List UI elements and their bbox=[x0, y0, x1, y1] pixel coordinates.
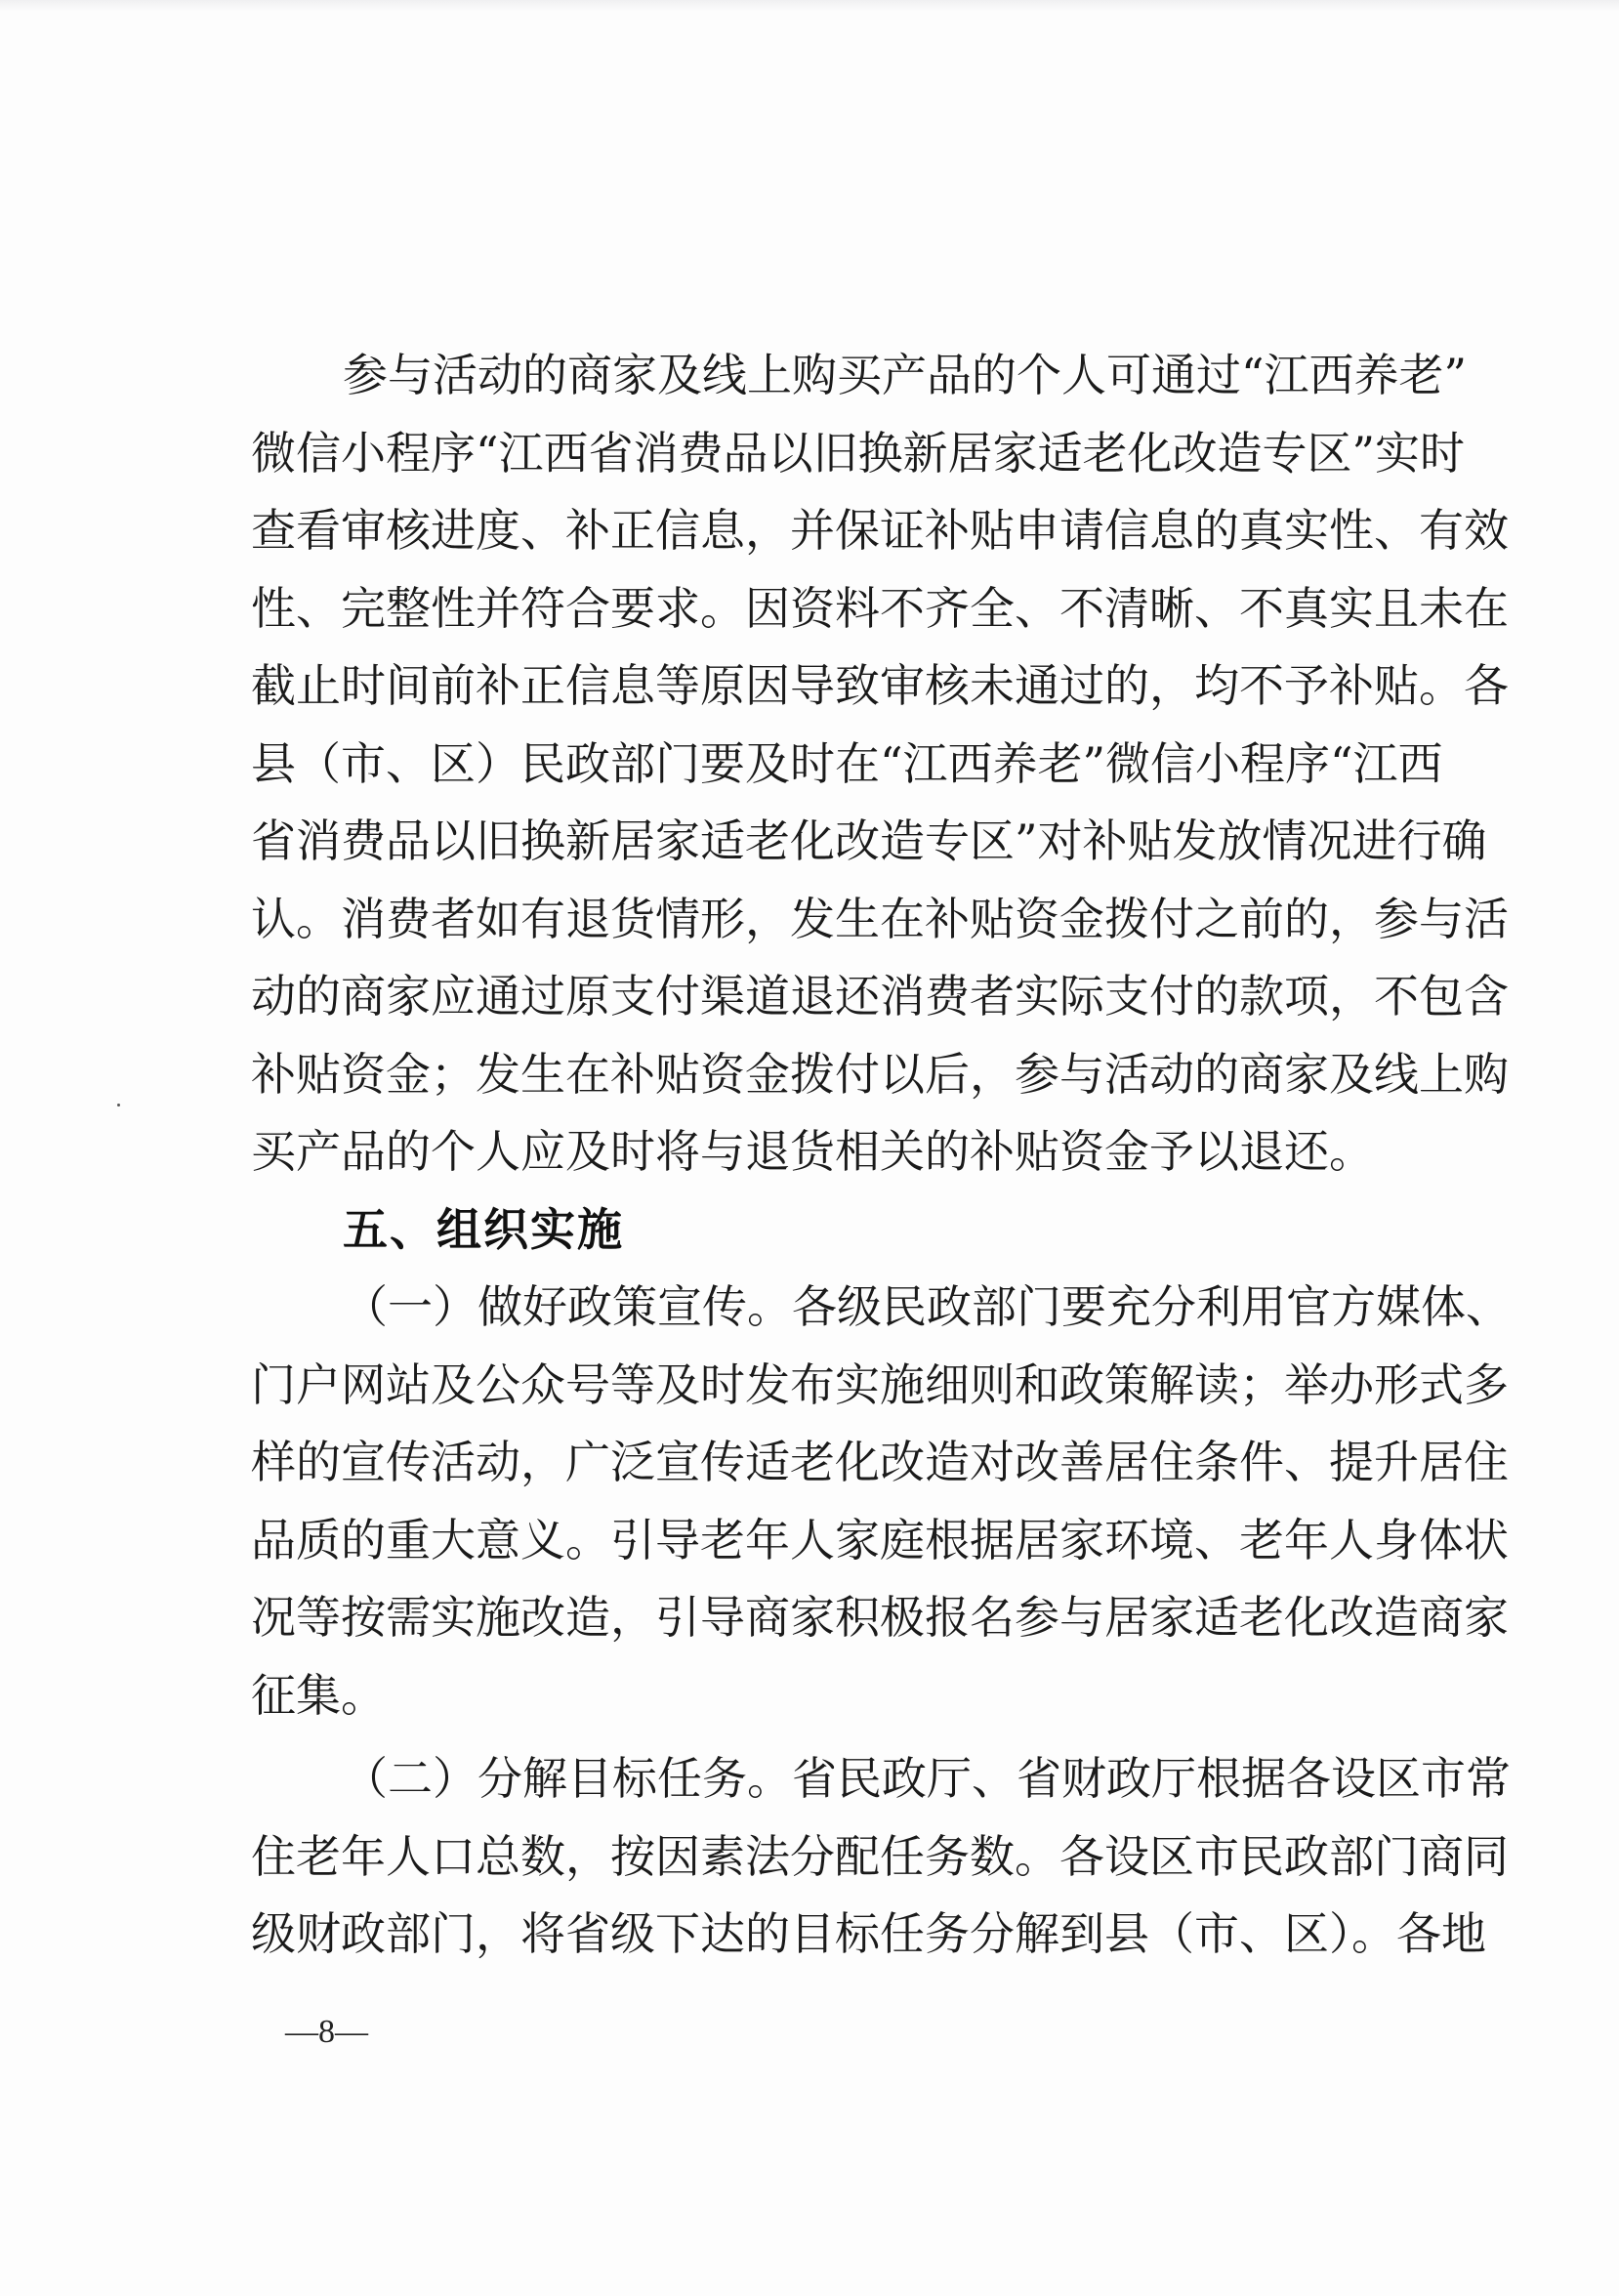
text-line: 样的宣传活动，广泛宣传适老化改造对改善居住条件、提升居住 bbox=[251, 1424, 1403, 1502]
paragraph-target-tasks: （二）分解目标任务。省民政厅、省财政厅根据各设区市常 住老年人口总数，按因素法分… bbox=[251, 1740, 1403, 1974]
text-line: 截止时间前补正信息等原因导致审核未通过的，均不予补贴。各 bbox=[251, 647, 1403, 726]
text-line: 住老年人口总数，按因素法分配任务数。各设区市民政部门商同 bbox=[251, 1818, 1403, 1897]
paragraph-policy-publicity: （一）做好政策宣传。各级民政部门要充分利用官方媒体、 门户网站及公众号等及时发布… bbox=[251, 1269, 1403, 1734]
text-line: 品质的重大意义。引导老年人家庭根据居家环境、老年人身体状 bbox=[251, 1502, 1403, 1580]
text-line: 征集。 bbox=[251, 1657, 1403, 1735]
document-body: 参与活动的商家及线上购买产品的个人可通过“江西养老” 微信小程序“江西省消费品以… bbox=[251, 337, 1403, 1974]
text-line: 补贴资金；发生在补贴资金拨付以后，参与活动的商家及线上购 bbox=[251, 1036, 1403, 1114]
text-line: 参与活动的商家及线上购买产品的个人可通过“江西养老” bbox=[251, 337, 1403, 415]
margin-speck bbox=[117, 1104, 120, 1106]
text-line: 况等按需实施改造，引导商家积极报名参与居家适老化改造商家 bbox=[251, 1579, 1403, 1657]
text-line: 县（市、区）民政部门要及时在“江西养老”微信小程序“江西 bbox=[251, 726, 1403, 804]
text-line: 省消费品以旧换新居家适老化改造专区”对补贴发放情况进行确 bbox=[251, 803, 1403, 881]
paragraph-refund-and-review: 参与活动的商家及线上购买产品的个人可通过“江西养老” 微信小程序“江西省消费品以… bbox=[251, 337, 1403, 1191]
text-line: 买产品的个人应及时将与退货相关的补贴资金予以退还。 bbox=[251, 1113, 1403, 1191]
page-number: —8— bbox=[285, 2014, 368, 2051]
text-line: 查看审核进度、补正信息，并保证补贴申请信息的真实性、有效 bbox=[251, 492, 1403, 570]
text-line: （一）做好政策宣传。各级民政部门要充分利用官方媒体、 bbox=[251, 1269, 1403, 1347]
text-line: 级财政部门，将省级下达的目标任务分解到县（市、区）。各地 bbox=[251, 1896, 1403, 1974]
text-line: 动的商家应通过原支付渠道退还消费者实际支付的款项，不包含 bbox=[251, 958, 1403, 1036]
text-line: （二）分解目标任务。省民政厅、省财政厅根据各设区市常 bbox=[251, 1740, 1403, 1818]
scan-artifact-top bbox=[0, 0, 1619, 12]
text-line: 微信小程序“江西省消费品以旧换新居家适老化改造专区”实时 bbox=[251, 415, 1403, 493]
text-line: 门户网站及公众号等及时发布实施细则和政策解读；举办形式多 bbox=[251, 1347, 1403, 1425]
text-line: 性、完整性并符合要求。因资料不齐全、不清晰、不真实且未在 bbox=[251, 570, 1403, 648]
text-line: 认。消费者如有退货情形，发生在补贴资金拨付之前的，参与活 bbox=[251, 881, 1403, 959]
document-page: 参与活动的商家及线上购买产品的个人可通过“江西养老” 微信小程序“江西省消费品以… bbox=[0, 0, 1619, 2296]
section-heading: 五、组织实施 bbox=[251, 1191, 1403, 1270]
